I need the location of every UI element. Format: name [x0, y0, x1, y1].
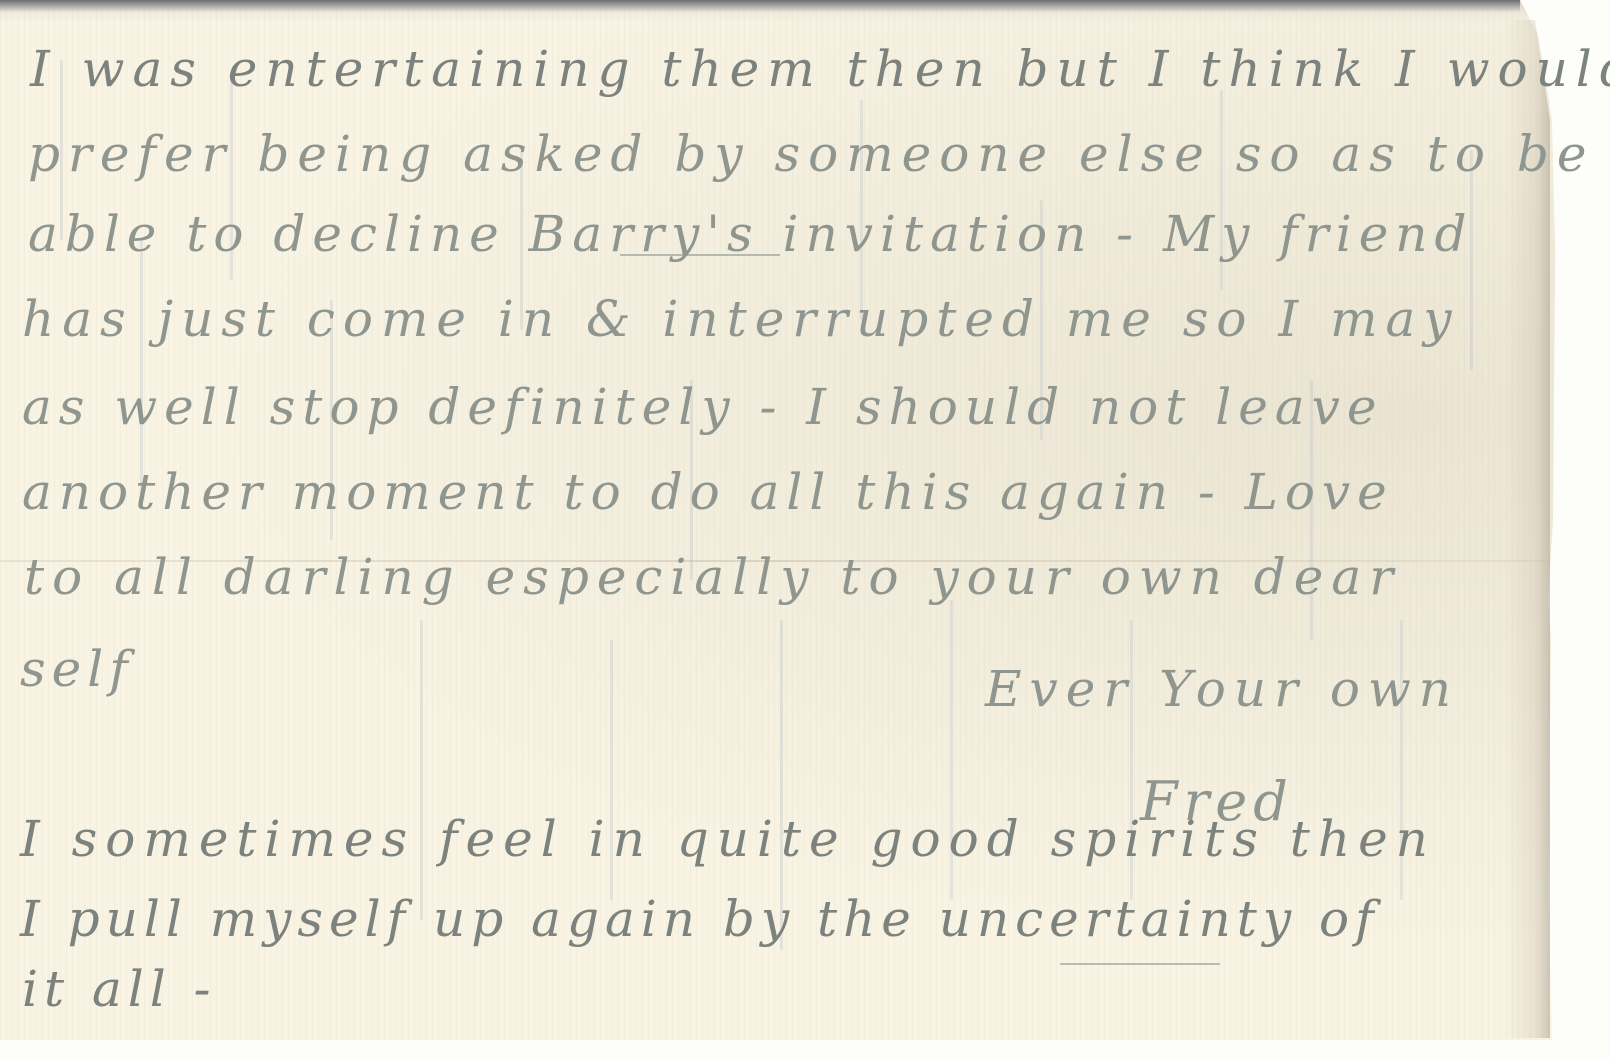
scanned-letter-page: I was entertaining them then but I think…	[0, 0, 1610, 1061]
underline-uncertainty	[1060, 963, 1220, 965]
postscript-line-3: it all -	[22, 960, 217, 1018]
letter-line-2: prefer being asked by someone else so as…	[28, 125, 1594, 183]
letter-line-4: has just come in & interrupted me so I m…	[22, 290, 1460, 348]
letter-body: I was entertaining them then but I think…	[0, 0, 1550, 1040]
letter-line-6: another moment to do all this again - Lo…	[22, 463, 1394, 521]
letter-line-8: self	[20, 640, 134, 698]
letter-line-1: I was entertaining them then but I think…	[30, 40, 1610, 98]
underline-invitation	[620, 254, 780, 256]
letter-valediction: Ever Your own	[985, 660, 1459, 718]
letter-line-5: as well stop definitely - I should not l…	[22, 378, 1384, 436]
postscript-line-2: I pull myself up again by the uncertaint…	[20, 890, 1380, 948]
postscript-line-1: I sometimes feel in quite good spirits t…	[20, 810, 1436, 868]
letter-line-7: to all darling especially to your own de…	[24, 548, 1401, 606]
